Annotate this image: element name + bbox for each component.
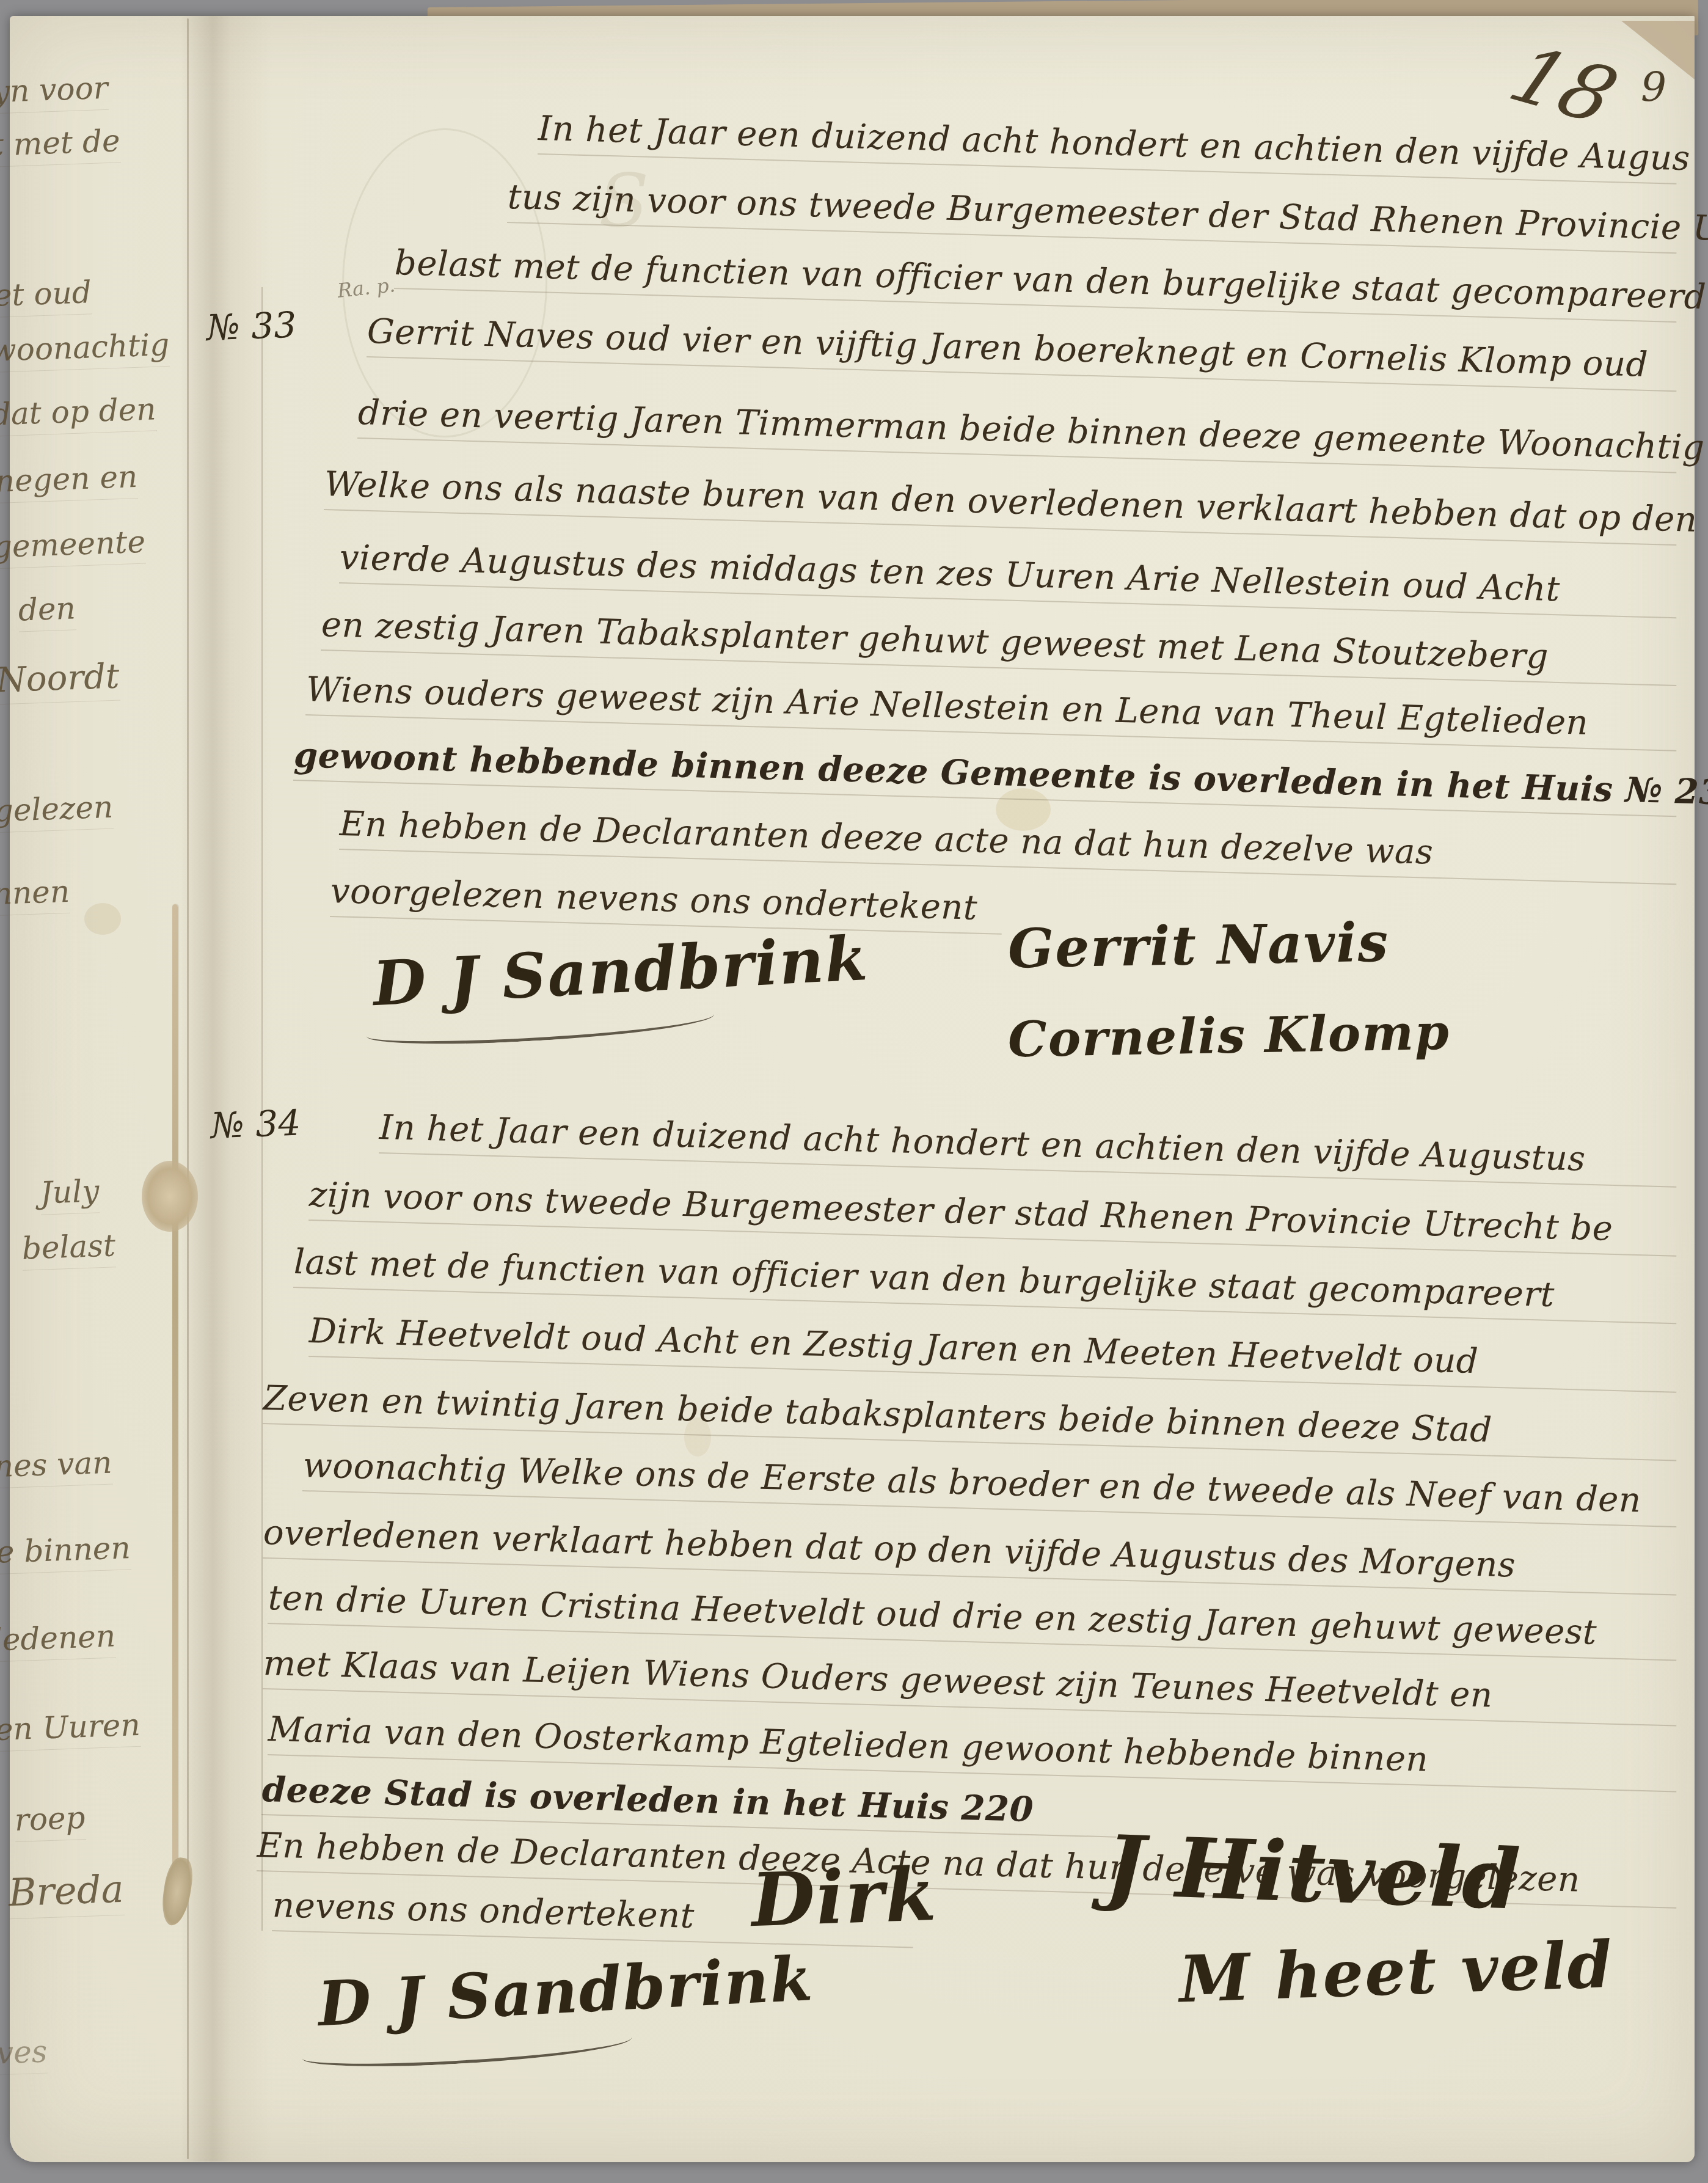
signature-inline: Dirk [750, 1851, 939, 1944]
page-edge-fragment: et oud [0, 274, 92, 318]
signature-declarant: J Hitveld [1104, 1816, 1522, 1928]
page-edge-fragment: ledenen [0, 1618, 116, 1662]
page-edge-fragment: Breda [8, 1867, 125, 1920]
page-edge-fragment: dat op den [0, 391, 157, 436]
binding-thread-knot [142, 1161, 198, 1232]
page-edge-fragment: nes van [0, 1445, 113, 1489]
page-number: 9 [1641, 64, 1666, 111]
page-edge-fragment: belast [21, 1227, 116, 1270]
binding-thread [172, 904, 178, 1906]
page-edge-fragment: en Uuren [0, 1707, 141, 1752]
page-edge-fragment: yn voor [0, 70, 109, 114]
signature-declarant: M heet veld [1178, 1926, 1615, 2017]
page-edge-fragment: July [40, 1173, 100, 1215]
page-fold-edge [187, 18, 189, 2159]
record-number-33: № 33 [206, 304, 297, 348]
signature-declarant: Gerrit Navis [1007, 910, 1390, 981]
page-edge-fragment: ves [0, 2034, 48, 2075]
page-edge-fragment: negen en [0, 459, 138, 503]
foxing-stain [84, 903, 121, 935]
page-edge-fragment: den [18, 590, 76, 632]
record-number-34: № 34 [210, 1102, 301, 1146]
page-edge-fragment: e binnen [0, 1530, 131, 1574]
page-edge-fragment: gelezen [0, 789, 114, 833]
page-edge-fragment: nnen [0, 874, 70, 916]
page-edge-fragment: woonachtig [0, 327, 170, 373]
page-edge-fragment: roep [14, 1800, 86, 1842]
page-edge-fragment: t met de [0, 123, 121, 167]
document-scan: S 18 9 yn voor t met de et oud woonachti… [0, 0, 1708, 2183]
page-edge-fragment: Noordt [0, 657, 120, 705]
page-edge-fragment: gemeente [0, 524, 146, 569]
signature-declarant: Cornelis Klomp [1007, 1003, 1450, 1069]
